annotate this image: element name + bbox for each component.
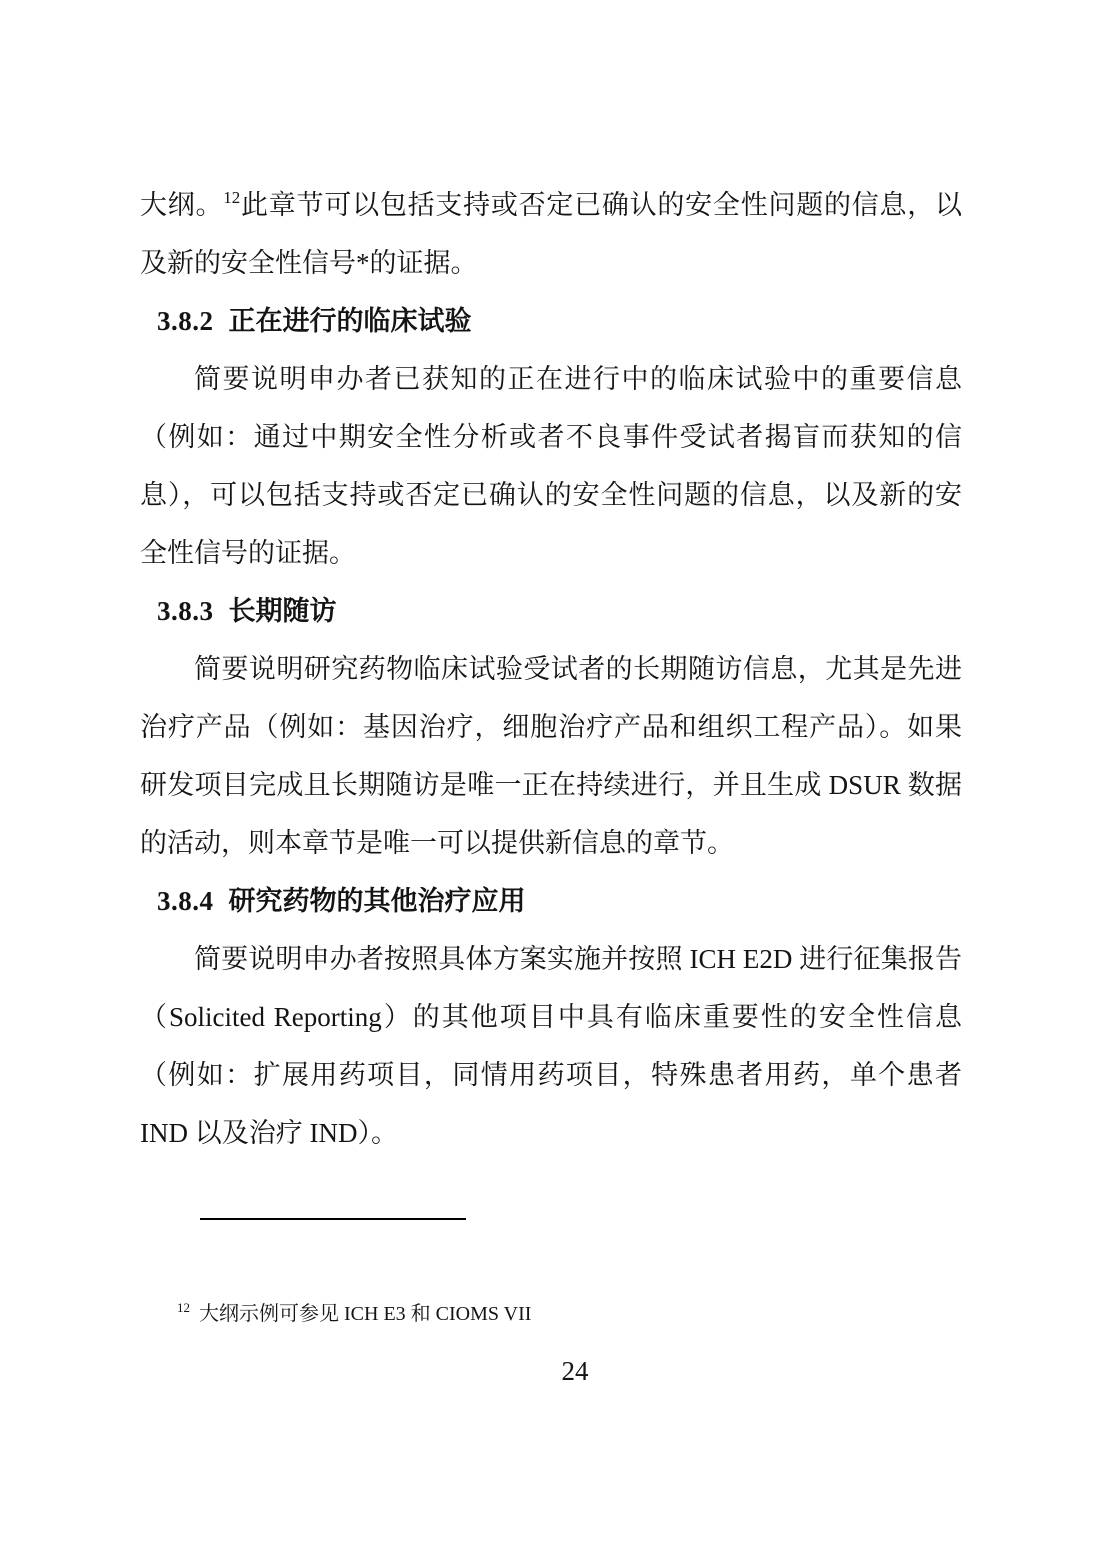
page-number: 24: [540, 1350, 610, 1392]
section-title: 研究药物的其他治疗应用: [229, 886, 526, 916]
intro-paragraph-text: 此章节可以包括支持或否定已确认的安全性问题的信息，以及新的安全性信号*的证据。: [140, 190, 962, 278]
section-3-8-3-paragraph: 简要说明研究药物临床试验受试者的长期随访信息，尤其是先进治疗产品（例如：基因治疗…: [140, 640, 962, 872]
section-heading-3-8-3: 3.8.3长期随访: [140, 582, 962, 640]
intro-paragraph-prefix: 大纲。: [140, 190, 223, 220]
intro-paragraph: 大纲。12此章节可以包括支持或否定已确认的安全性问题的信息，以及新的安全性信号*…: [140, 176, 962, 292]
section-3-8-4-paragraph: 简要说明申办者按照具体方案实施并按照 ICH E2D 进行征集报告（Solici…: [140, 930, 962, 1162]
section-title: 正在进行的临床试验: [229, 306, 472, 336]
section-number: 3.8.3: [157, 596, 214, 626]
footnote-marker: 12: [177, 1300, 190, 1315]
section-heading-3-8-4: 3.8.4研究药物的其他治疗应用: [140, 872, 962, 930]
section-heading-3-8-2: 3.8.2正在进行的临床试验: [140, 292, 962, 350]
document-page: 大纲。12此章节可以包括支持或否定已确认的安全性问题的信息，以及新的安全性信号*…: [0, 0, 1100, 1557]
footnote-reference: 12: [223, 188, 240, 207]
section-number: 3.8.4: [157, 886, 214, 916]
section-title: 长期随访: [229, 596, 337, 626]
document-content: 大纲。12此章节可以包括支持或否定已确认的安全性问题的信息，以及新的安全性信号*…: [140, 176, 962, 1162]
footnote: 12大纲示例可参见 ICH E3 和 CIOMS VII: [177, 1298, 877, 1330]
footnote-separator-rule: [200, 1218, 466, 1220]
section-3-8-2-paragraph: 简要说明申办者已获知的正在进行中的临床试验中的重要信息（例如：通过中期安全性分析…: [140, 350, 962, 582]
section-number: 3.8.2: [157, 306, 214, 336]
footnote-text: 大纲示例可参见 ICH E3 和 CIOMS VII: [199, 1303, 531, 1325]
